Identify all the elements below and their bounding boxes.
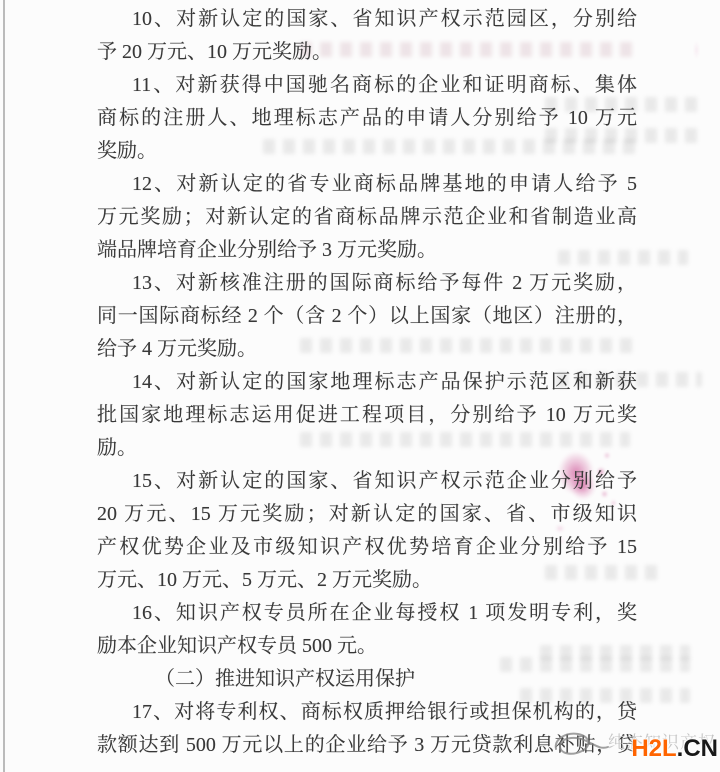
section-heading-line: （二）推进知识产权运用保护 <box>97 663 637 696</box>
watermark-site-label: H2L.CN <box>631 735 718 763</box>
text-line: 批国家地理标志运用促进工程项目，分别给予 10 万元奖 <box>97 399 637 432</box>
document-text: 10、对新认定的国家、省知识产权示范园区，分别给 予 20 万元、10 万元奖励… <box>97 3 637 762</box>
text-line: 奖励。 <box>97 135 637 168</box>
text-line: 14、对新认定的国家地理标志产品保护示范区和新获 <box>97 366 637 399</box>
text-line: 励本企业知识产权专员 500 元。 <box>97 630 637 663</box>
scanned-document-page: 10、对新认定的国家、省知识产权示范园区，分别给 予 20 万元、10 万元奖励… <box>0 0 720 772</box>
text-line: 端品牌培育企业分别给予 3 万元奖励。 <box>97 234 637 267</box>
text-line: 13、对新核准注册的国际商标给予每件 2 万元奖励， <box>97 267 637 300</box>
text-line: 商标的注册人、地理标志产品的申请人分别给予 10 万元 <box>97 102 637 135</box>
scan-edge-line <box>3 0 5 772</box>
text-line: 励。 <box>97 432 637 465</box>
text-line: 10、对新认定的国家、省知识产权示范园区，分别给 <box>97 3 637 36</box>
text-line: 给予 4 万元奖励。 <box>97 333 637 366</box>
text-line: 15、对新认定的国家、省知识产权示范企业分别给予 <box>97 465 637 498</box>
text-line: 同一国际商标经 2 个（含 2 个）以上国家（地区）注册的， <box>97 300 637 333</box>
ink-stain <box>694 38 699 62</box>
text-line: 予 20 万元、10 万元奖励。 <box>97 36 637 69</box>
text-line: 17、对将专利权、商标权质押给银行或担保机构的，贷 <box>97 696 637 729</box>
watermark-tld-text: .CN <box>677 735 718 762</box>
text-line: 产权优势企业及市级知识产权优势培育企业分别给予 15 <box>97 531 637 564</box>
pen-scribble-icon <box>548 727 614 761</box>
text-line: 20 万元、15 万元奖励；对新认定的国家、省、市级知识 <box>97 498 637 531</box>
text-line: 万元、10 万元、5 万元、2 万元奖励。 <box>97 564 637 597</box>
text-line: 16、知识产权专员所在企业每授权 1 项发明专利，奖 <box>97 597 637 630</box>
watermark-brand-text: H2L <box>631 735 676 762</box>
text-line: 万元奖励；对新认定的省商标品牌示范企业和省制造业高 <box>97 201 637 234</box>
text-line: 12、对新认定的省专业商标品牌基地的申请人给予 5 <box>97 168 637 201</box>
text-line: 11、对新获得中国驰名商标的企业和证明商标、集体 <box>97 69 637 102</box>
